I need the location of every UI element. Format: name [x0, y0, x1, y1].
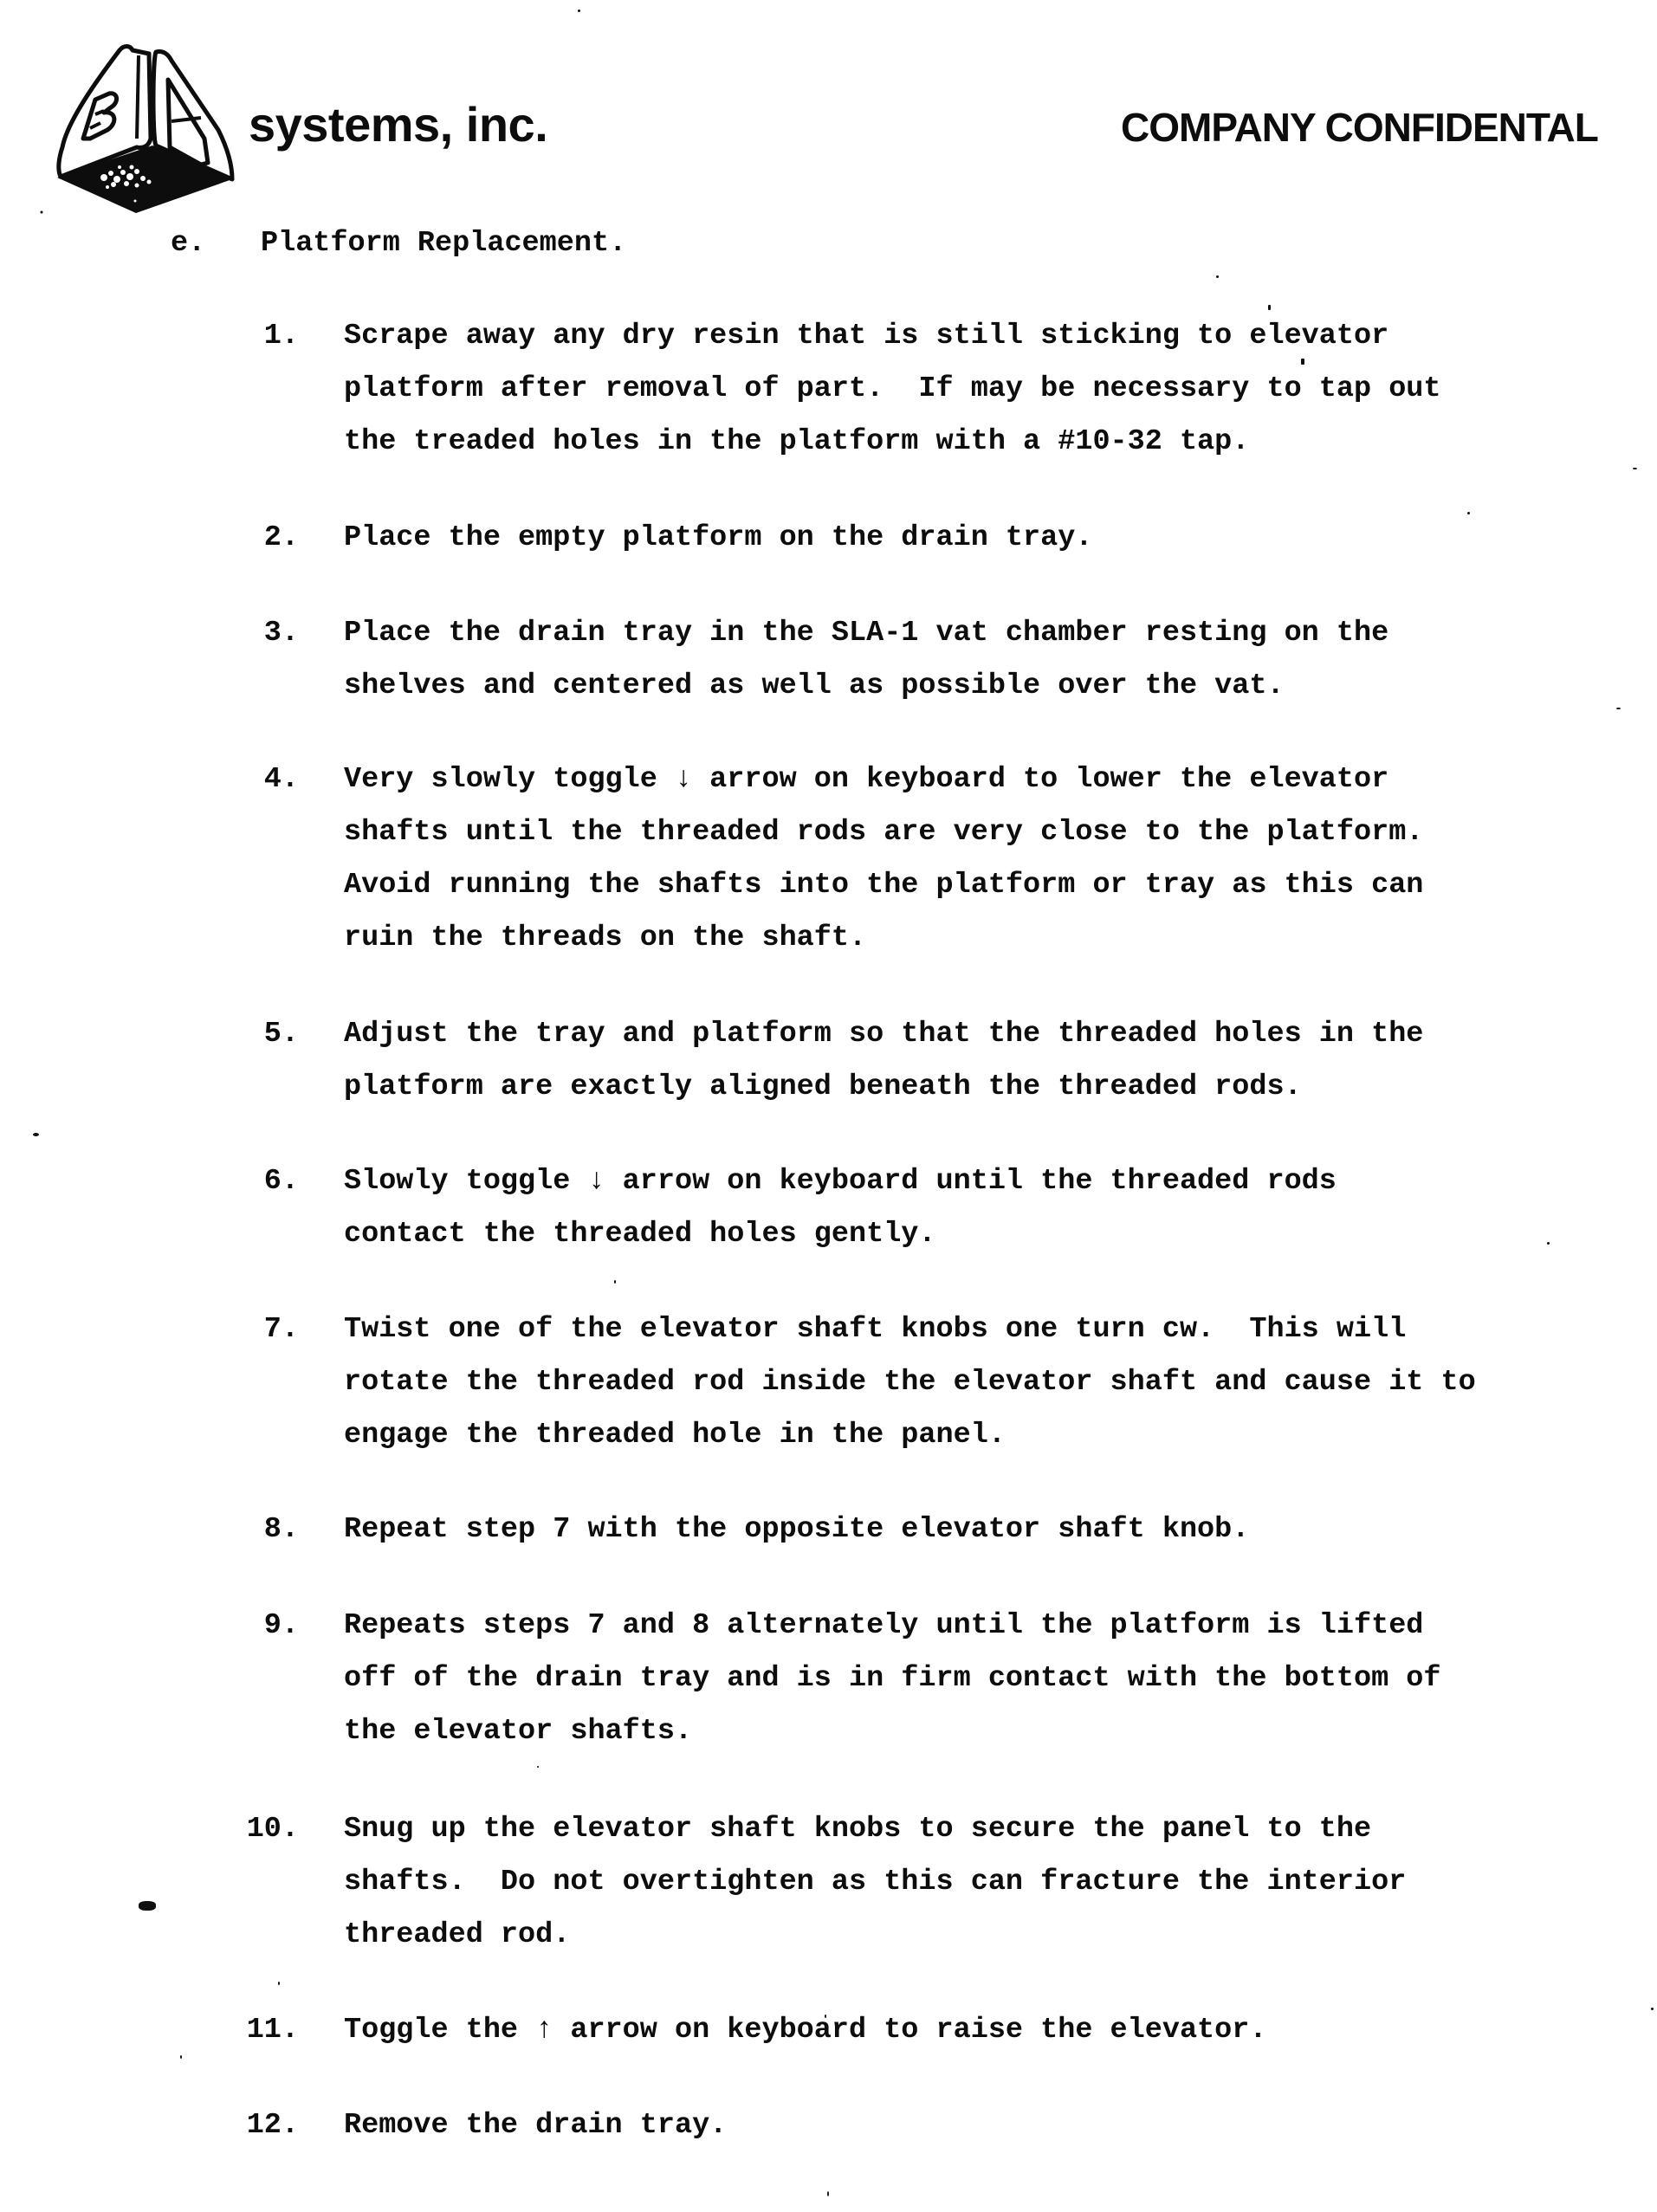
step-line: Very slowly toggle ↓ arrow on keyboard t… — [344, 754, 1423, 806]
step-number: 11. — [247, 2004, 299, 2057]
section-title: Platform Replacement. — [261, 217, 626, 270]
scan-speck — [614, 1280, 616, 1284]
step-number: 4. — [264, 754, 299, 806]
step-line: platform after removal of part. If may b… — [344, 363, 1441, 416]
step-text: Adjust the tray and platform so that the… — [344, 1008, 1423, 1114]
step-text: Place the drain tray in the SLA-1 vat ch… — [344, 607, 1388, 713]
step-line: threaded rod. — [344, 1909, 1406, 1962]
step-number: 9. — [264, 1600, 299, 1653]
step-line: Scrape away any dry resin that is still … — [344, 310, 1441, 363]
scan-speck — [1467, 512, 1470, 514]
step-line: ruin the threads on the shaft. — [344, 912, 1423, 965]
step-text: Twist one of the elevator shaft knobs on… — [344, 1303, 1476, 1462]
scan-speck — [278, 1982, 280, 1985]
step-number: 12. — [247, 2099, 299, 2152]
step-text: Slowly toggle ↓ arrow on keyboard until … — [344, 1155, 1337, 1261]
step-text: Toggle the ↑ arrow on keyboard to raise … — [344, 2004, 1266, 2057]
scan-speck — [578, 10, 580, 12]
step-number: 3. — [264, 607, 299, 660]
step-line: rotate the threaded rod inside the eleva… — [344, 1356, 1476, 1409]
step-text: Very slowly toggle ↓ arrow on keyboard t… — [344, 754, 1423, 965]
step-line: Twist one of the elevator shaft knobs on… — [344, 1303, 1476, 1356]
step-number: 10. — [247, 1803, 299, 1856]
step-line: Repeat step 7 with the opposite elevator… — [344, 1504, 1249, 1556]
step-number: 6. — [264, 1155, 299, 1208]
step-line: shelves and centered as well as possible… — [344, 660, 1388, 713]
step-line: the elevator shafts. — [344, 1705, 1441, 1758]
section-letter: e. — [171, 217, 205, 270]
scan-speck — [1216, 275, 1219, 278]
step-line: Repeats steps 7 and 8 alternately until … — [344, 1600, 1441, 1653]
step-text: Scrape away any dry resin that is still … — [344, 310, 1441, 469]
step-line: Slowly toggle ↓ arrow on keyboard until … — [344, 1155, 1337, 1208]
scan-speck — [1651, 2008, 1654, 2010]
step-line: off of the drain tray and is in firm con… — [344, 1653, 1441, 1705]
scan-speck — [1633, 468, 1637, 469]
step-line: Snug up the elevator shaft knobs to secu… — [344, 1803, 1406, 1856]
scan-speck — [139, 1901, 156, 1911]
step-line: engage the threaded hole in the panel. — [344, 1409, 1476, 1462]
step-line: Toggle the ↑ arrow on keyboard to raise … — [344, 2004, 1266, 2057]
step-line: Adjust the tray and platform so that the… — [344, 1008, 1423, 1061]
step-line: Place the drain tray in the SLA-1 vat ch… — [344, 607, 1388, 660]
step-line: shafts until the threaded rods are very … — [344, 806, 1423, 859]
step-line: shafts. Do not overtighten as this can f… — [344, 1856, 1406, 1909]
step-line: the treaded holes in the platform with a… — [344, 416, 1441, 469]
scan-speck — [1301, 359, 1304, 365]
scan-speck — [180, 2055, 182, 2059]
scan-speck — [1268, 305, 1271, 310]
step-number: 5. — [264, 1008, 299, 1061]
scan-speck — [827, 2191, 829, 2196]
step-text: Repeat step 7 with the opposite elevator… — [344, 1504, 1249, 1556]
scan-speck — [1616, 708, 1621, 709]
scan-speck — [33, 1133, 39, 1136]
step-text: Repeats steps 7 and 8 alternately until … — [344, 1600, 1441, 1758]
step-line: Remove the drain tray. — [344, 2099, 727, 2152]
step-text: Remove the drain tray. — [344, 2099, 727, 2152]
step-number: 7. — [264, 1303, 299, 1356]
step-number: 8. — [264, 1504, 299, 1556]
step-line: platform are exactly aligned beneath the… — [344, 1061, 1423, 1114]
step-text: Place the empty platform on the drain tr… — [344, 512, 1092, 565]
scan-speck — [825, 2015, 826, 2018]
scan-speck — [537, 1766, 539, 1768]
step-number: 2. — [264, 512, 299, 565]
3d-cube-logo-icon — [0, 0, 260, 234]
step-text: Snug up the elevator shaft knobs to secu… — [344, 1803, 1406, 1962]
step-line: Avoid running the shafts into the platfo… — [344, 859, 1423, 912]
scan-speck — [1547, 1242, 1550, 1245]
step-number: 1. — [264, 310, 299, 363]
company-name: systems, inc. — [249, 100, 547, 149]
step-line: Place the empty platform on the drain tr… — [344, 512, 1092, 565]
confidential-label: COMPANY CONFIDENTAL — [1121, 107, 1598, 147]
step-line: contact the threaded holes gently. — [344, 1208, 1337, 1261]
